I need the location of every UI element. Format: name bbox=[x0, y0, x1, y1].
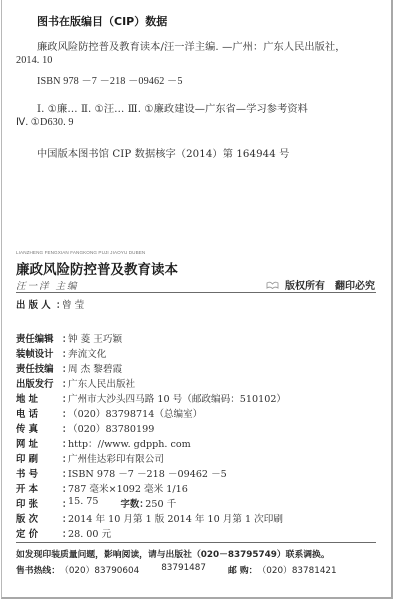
book-editor: 汪一洋 主编 bbox=[16, 278, 79, 292]
imprint-row-fax: 传 真： （020）83780199 bbox=[16, 421, 154, 435]
no-reproduction: 翻印必究 bbox=[335, 277, 375, 292]
imprint-value: http：//www. gdpph. com bbox=[68, 436, 191, 450]
imprint-label: 开 本 bbox=[16, 481, 62, 495]
imprint-value: 787 毫米×1092 毫米 1/16 bbox=[68, 481, 188, 495]
imprint-label: 责任编辑 bbox=[16, 331, 62, 345]
imprint-row-website: 网 址： http：//www. gdpph. com bbox=[16, 436, 191, 450]
imprint-value: 奔流文化 bbox=[68, 346, 106, 360]
imprint-value: ISBN 978 －7 －218 －09462 －5 bbox=[68, 466, 227, 480]
imprint-publisher-person: 出 版 人 ： 曾 莹 bbox=[16, 297, 84, 311]
cip-class-number: Ⅳ. ①D630. 9 bbox=[16, 117, 74, 128]
mail-order-label: 邮 购 bbox=[228, 563, 249, 576]
imprint-row-editor: 责任编辑： 钟 菱 王巧颖 bbox=[16, 331, 122, 345]
imprint-value: 广州佳达彩印有限公司 bbox=[68, 451, 164, 465]
word-count-label: 字数 bbox=[121, 496, 140, 510]
imprint-label: 书 号 bbox=[16, 466, 62, 480]
cip-verification: 中国版本图书馆 CIP 数据核字（2014）第 164944 号 bbox=[37, 145, 289, 160]
imprint-label: 印 张 bbox=[16, 496, 62, 510]
word-count-value: 250 千 bbox=[145, 496, 176, 510]
imprint-value: 广州市大沙头四马路 10 号（邮政编码：510102） bbox=[68, 391, 286, 405]
imprint-label: 出 版 人 bbox=[16, 297, 56, 311]
imprint-label: 印 刷 bbox=[16, 451, 62, 465]
imprint-row-format: 开 本： 787 毫米×1092 毫米 1/16 bbox=[16, 481, 188, 495]
copyright-notice: 版权所有 翻印必究 bbox=[266, 277, 375, 292]
sales-hotline: 售书热线： （020）83790604 83791487 邮 购： （020）8… bbox=[16, 563, 337, 576]
cip-bibliographic-line: 廉政风险防控普及教育读本/汪一洋主编. —广州：广东人民出版社， bbox=[37, 38, 346, 53]
imprint-label: 装帧设计 bbox=[16, 346, 62, 360]
imprint-row-distributor: 出版发行： 广东人民出版社 bbox=[16, 376, 135, 390]
imprint-value: （020）83798714（总编室） bbox=[68, 406, 202, 420]
imprint-label: 网 址 bbox=[16, 436, 62, 450]
imprint-value: 2014 年 10 月第 1 版 2014 年 10 月第 1 次印刷 bbox=[68, 511, 283, 525]
cip-isbn: ISBN 978 －7 －218 －09462 －5 bbox=[37, 72, 183, 87]
imprint-value: 15. 75 bbox=[68, 496, 99, 510]
pinyin-title: LIANZHENG FENGXIAN FANGKONG PUJI JIAOYU … bbox=[16, 250, 145, 255]
rights-reserved: 版权所有 bbox=[285, 277, 325, 292]
cip-date: 2014. 10 bbox=[16, 55, 52, 66]
imprint-row-sheets: 印 张： 15. 75 字数： 250 千 bbox=[16, 496, 176, 510]
imprint-value: 钟 菱 王巧颖 bbox=[68, 331, 122, 345]
hotline-number-1: （020）83790604 bbox=[60, 563, 139, 576]
imprint-value: 周 杰 黎碧霞 bbox=[68, 361, 122, 375]
quality-notice: 如发现印装质量问题，影响阅读，请与出版社（020－83795749）联系调换。 bbox=[16, 547, 330, 560]
imprint-value: 曾 莹 bbox=[62, 297, 84, 311]
imprint-label: 出版发行 bbox=[16, 376, 62, 390]
book-title: 廉政风险防控普及教育读本 bbox=[16, 258, 178, 278]
imprint-row-address: 地 址： 广州市大沙头四马路 10 号（邮政编码：510102） bbox=[16, 391, 286, 405]
divider-bottom bbox=[16, 542, 376, 543]
imprint-value: （020）83780199 bbox=[68, 421, 154, 435]
imprint-value: 28. 00 元 bbox=[68, 526, 111, 540]
imprint-row-design: 装帧设计： 奔流文化 bbox=[16, 346, 106, 360]
imprint-row-printer: 印 刷： 广州佳达彩印有限公司 bbox=[16, 451, 164, 465]
imprint-label: 传 真 bbox=[16, 421, 62, 435]
divider-top bbox=[16, 292, 376, 293]
mail-order-number: （020）83781421 bbox=[257, 563, 336, 576]
imprint-row-edition: 版 次： 2014 年 10 月第 1 版 2014 年 10 月第 1 次印刷 bbox=[16, 511, 283, 525]
imprint-label: 电 话 bbox=[16, 406, 62, 420]
imprint-row-price: 定 价： 28. 00 元 bbox=[16, 526, 111, 540]
cip-classification: Ⅰ. ①廉… Ⅱ. ①汪… Ⅲ. ①廉政建设—广东省—学习参考资料 bbox=[37, 100, 308, 115]
hotline-label: 售书热线 bbox=[16, 563, 51, 576]
imprint-label: 版 次 bbox=[16, 511, 62, 525]
imprint-row-phone: 电 话： （020）83798714（总编室） bbox=[16, 406, 202, 420]
imprint-label: 责任技编 bbox=[16, 361, 62, 375]
imprint-row-isbn: 书 号： ISBN 978 －7 －218 －09462 －5 bbox=[16, 466, 227, 480]
hotline-number-2: 83791487 bbox=[161, 563, 206, 576]
imprint-row-tech-editor: 责任技编： 周 杰 黎碧霞 bbox=[16, 361, 122, 375]
book-icon bbox=[266, 281, 279, 289]
imprint-label: 定 价 bbox=[16, 526, 62, 540]
imprint-label: 地 址 bbox=[16, 391, 62, 405]
cip-heading: 图书在版编目（CIP）数据 bbox=[37, 13, 167, 29]
imprint-value: 广东人民出版社 bbox=[68, 376, 135, 390]
